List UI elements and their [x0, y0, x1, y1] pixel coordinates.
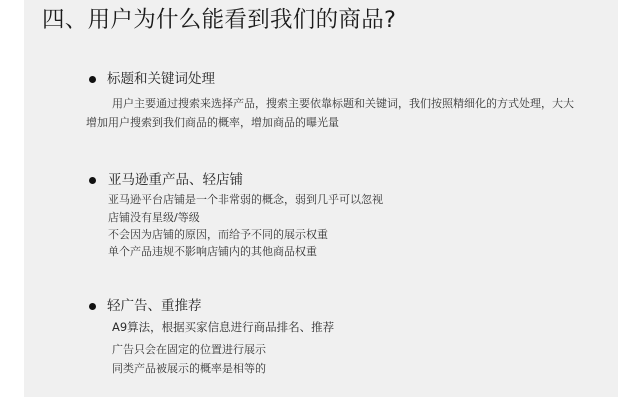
section-heading: 标题和关键词处理	[107, 70, 215, 88]
slide: 四、用户为什么能看到我们的商品? 标题和关键词处理 用户主要通过搜索来选择产品，…	[24, 0, 618, 397]
section-text: 同类产品被展示的概率是相等的	[112, 361, 266, 376]
bullet-icon	[89, 303, 96, 310]
section-heading: 亚马逊重产品、轻店铺	[108, 171, 243, 189]
section-heading: 轻广告、重推荐	[107, 297, 202, 315]
slide-title: 四、用户为什么能看到我们的商品?	[42, 6, 396, 34]
section-text: 不会因为店铺的原因，而给予不同的展示权重	[108, 227, 328, 242]
section-text: 用户主要通过搜索来选择产品，搜索主要依靠标题和关键词，我们按照精细化的方式处理，…	[112, 96, 574, 111]
bullet-icon	[89, 177, 96, 184]
section-text: 单个产品违规不影响店铺内的其他商品权重	[108, 244, 317, 259]
section-text: 亚马逊平台店铺是一个非常弱的概念，弱到几乎可以忽视	[108, 192, 383, 207]
section-text: 广告只会在固定的位置进行展示	[112, 342, 266, 357]
bullet-icon	[89, 76, 96, 83]
section-text: 增加用户搜索到我们商品的概率，增加商品的曝光量	[86, 115, 339, 130]
section-text: 店铺没有星级/等级	[108, 210, 200, 225]
section-text: A9算法，根据买家信息进行商品排名、推荐	[112, 320, 334, 335]
